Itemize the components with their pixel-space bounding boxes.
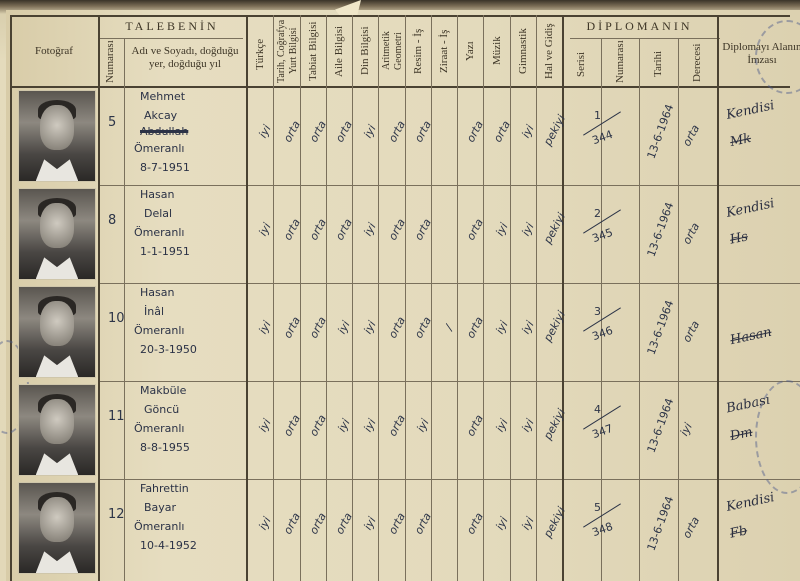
col-border [300, 15, 301, 581]
table-top-border [10, 15, 790, 17]
student-number: 10 [108, 311, 125, 326]
col-border [352, 15, 353, 581]
row-divider [100, 283, 800, 284]
col-border [510, 15, 511, 581]
subject-header-yazi: Yazı [464, 19, 476, 83]
student-number: 11 [108, 409, 125, 424]
student-number: 8 [108, 213, 116, 228]
col-border [378, 15, 379, 581]
student-surname: İnâl [134, 302, 197, 321]
torn-paper-corner [335, 0, 361, 16]
diploma-degree-header: Derecesi [691, 43, 703, 83]
diploma-series-number: 1 344 [586, 109, 616, 149]
student-first-name: Makbüle [134, 381, 190, 400]
student-birth-date: 8-8-1955 [134, 438, 190, 457]
subject-header-muzik: Müzik [491, 19, 503, 83]
diploma-series: 3 [594, 305, 601, 318]
student-number: 5 [108, 115, 116, 130]
diploma-series-number: 2 345 [586, 207, 616, 247]
col-border [246, 15, 248, 581]
col-border [717, 15, 719, 581]
col-border [405, 15, 406, 581]
student-first-name: Fahrettin [134, 479, 197, 498]
col-border [10, 15, 12, 581]
col-border [678, 38, 679, 581]
register-table: Fotoğraf TALEBENİN Numarası Adı ve Soyad… [10, 15, 800, 581]
student-surname: Bayar [134, 498, 197, 517]
diploma-number-header: Numarası [614, 43, 626, 83]
header-bottom-border [10, 86, 790, 88]
subject-header-tarih: Tarih, Coğrafya Yurt Bilgisi [276, 19, 298, 83]
diploma-series: 1 [594, 109, 601, 122]
diploma-series: 2 [594, 207, 601, 220]
student-first-name: Hasan [134, 283, 197, 302]
name-column-header: Adı ve Soyadı, doğduğu yer, doğduğu yıl [128, 45, 242, 71]
subject-header-ziraat: Ziraat - İş [438, 19, 450, 83]
student-birthplace: Ömeranlı [134, 223, 190, 242]
subject-header-aile: Aile Bilgisi [333, 19, 345, 83]
student-name-cell: Hasan Delal Ömeranlı 1-1-1951 [134, 185, 190, 261]
col-border [562, 15, 564, 581]
subject-header-hal-ve-gidis: Hal ve Gidiş [543, 19, 555, 83]
subject-header-tabiat: Tabiat Bilgisi [307, 19, 319, 83]
student-birth-date: 8-7-1951 [134, 158, 190, 177]
diploma-number: 345 [590, 226, 614, 245]
subject-header-turkce: Türkçe [254, 25, 266, 83]
number-column-header: Numarası [104, 43, 116, 83]
row-divider [100, 381, 800, 382]
student-birthplace: Ömeranlı [134, 419, 190, 438]
student-birth-date: 10-4-1952 [134, 536, 197, 555]
student-photo [18, 482, 96, 574]
col-border [273, 15, 274, 581]
diploma-number: 344 [590, 128, 614, 147]
student-photo [18, 286, 96, 378]
diploma-series-number: 3 346 [586, 305, 616, 345]
col-border [326, 15, 327, 581]
subject-header-gimnastik: Gimnastik [517, 19, 529, 83]
student-name-cell: Fahrettin Bayar Ömeranlı 10-4-1952 [134, 479, 197, 555]
student-surname: Akcay [134, 106, 190, 125]
student-photo [18, 188, 96, 280]
col-border [431, 15, 432, 581]
talebenin-divider [100, 38, 243, 39]
col-border [98, 15, 100, 581]
student-photo [18, 384, 96, 476]
col-border [457, 15, 458, 581]
student-group-header: TALEBENİN [98, 20, 246, 33]
diploma-number: 346 [590, 324, 614, 343]
student-name-cell: Mehmet Akcay Abdullah Ömeranlı 8-7-1951 [134, 87, 190, 177]
student-birthplace: Ömeranlı [134, 321, 197, 340]
col-border [124, 38, 125, 581]
diploma-number: 347 [590, 422, 614, 441]
diploma-series-header: Serisi [575, 45, 587, 83]
student-surname: Göncü [134, 400, 190, 419]
student-name-cell: Makbüle Göncü Ömeranlı 8-8-1955 [134, 381, 190, 457]
diploma-divider [570, 38, 720, 39]
subject-header-aritmetik: Aritmetik Geometri [381, 19, 403, 83]
col-border [483, 15, 484, 581]
diploma-group-header: DİPLOMANIN [562, 20, 717, 33]
student-name-cell: Hasan İnâl Ömeranlı 20-3-1950 [134, 283, 197, 359]
diploma-series-number: 5 348 [586, 501, 616, 541]
subject-header-din: Din Bilgisi [359, 19, 371, 83]
diploma-date-header: Tarihi [652, 45, 664, 83]
struck-name: Abdullah [134, 125, 190, 139]
diploma-number: 348 [590, 520, 614, 539]
student-birth-date: 20-3-1950 [134, 340, 197, 359]
student-birthplace: Ömeranlı [134, 139, 190, 158]
subject-header-resim: Resim - İş [412, 19, 424, 83]
diploma-series: 5 [594, 501, 601, 514]
col-border [536, 15, 537, 581]
row-divider [100, 479, 800, 480]
student-number: 12 [108, 507, 125, 522]
student-photo [18, 90, 96, 182]
student-surname: Delal [134, 204, 190, 223]
col-border [639, 38, 640, 581]
photo-column-header: Fotoğraf [10, 45, 98, 58]
row-divider [100, 185, 800, 186]
student-birthplace: Ömeranlı [134, 517, 197, 536]
diploma-series-number: 4 347 [586, 403, 616, 443]
student-birth-date: 1-1-1951 [134, 242, 190, 261]
student-first-name: Mehmet [134, 87, 190, 106]
diploma-series: 4 [594, 403, 601, 416]
student-first-name: Hasan [134, 185, 190, 204]
